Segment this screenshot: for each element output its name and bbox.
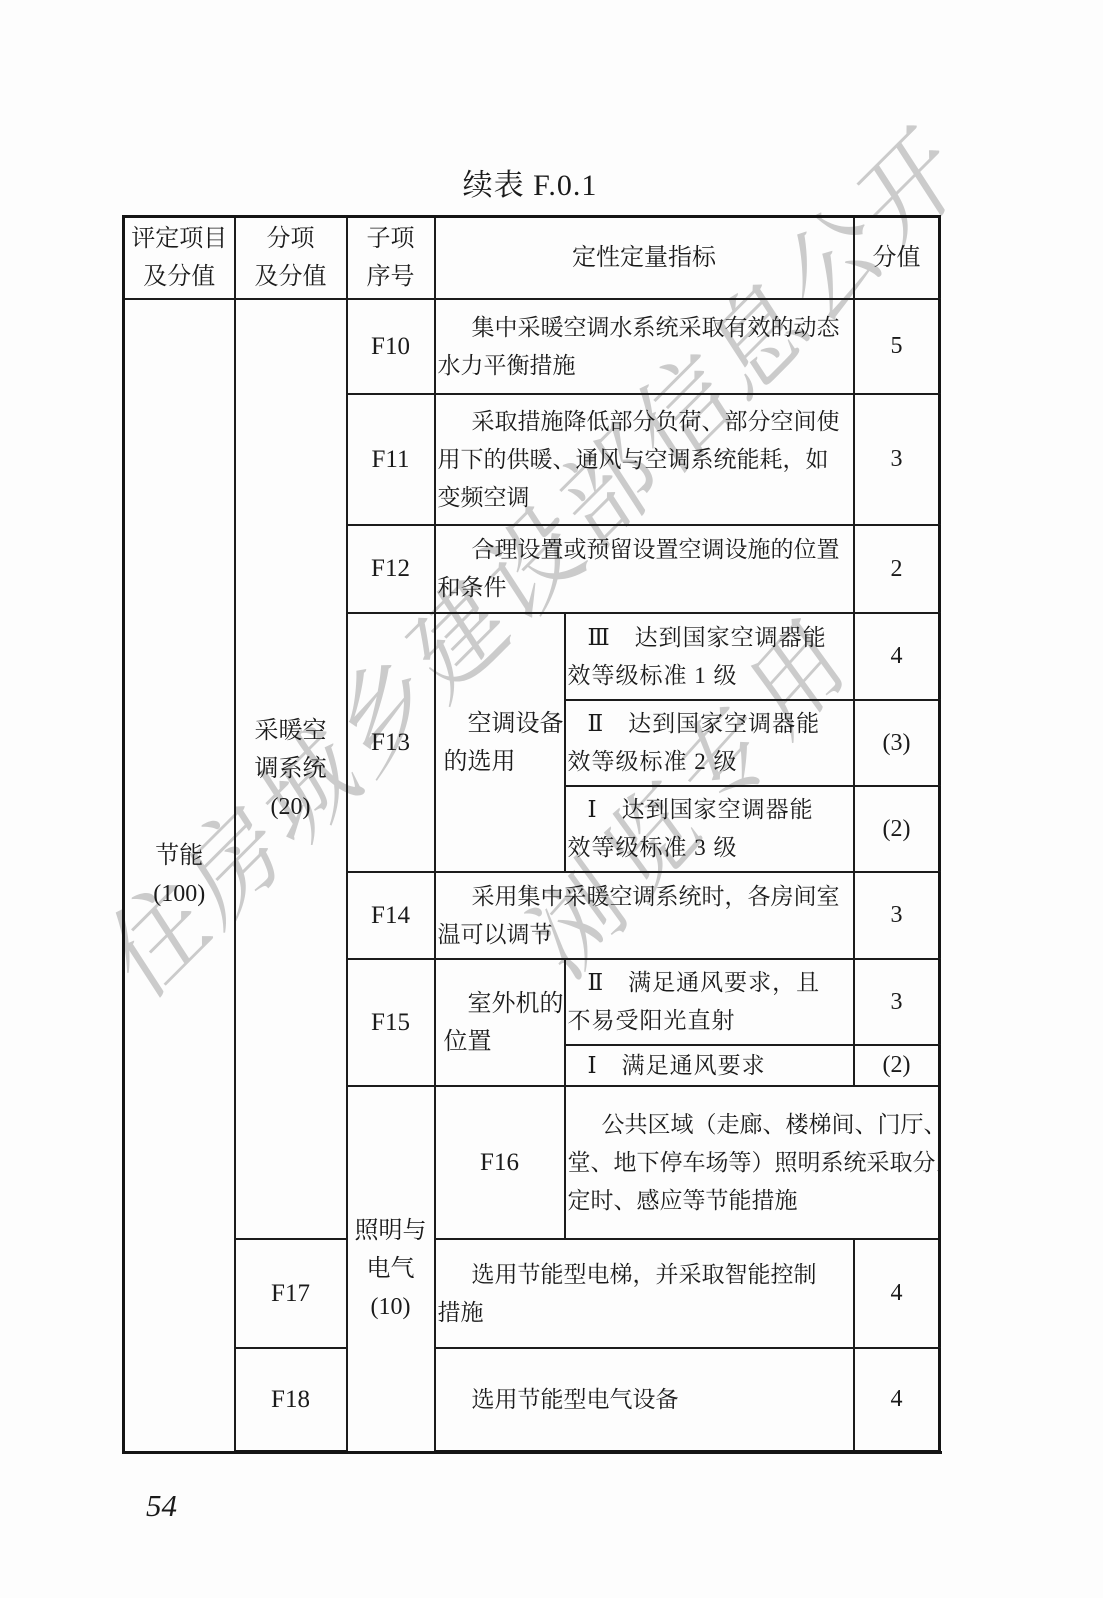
cell-indicator-f17: 选用节能型电梯，并采取智能控制 措施	[435, 1239, 854, 1348]
cell-indicator-f15-grade1: Ⅰ 满足通风要求	[565, 1045, 854, 1086]
table-row-f17: F17 选用节能型电梯，并采取智能控制 措施 4	[124, 1239, 940, 1348]
cell-subcategory-lighting: 照明与 电气 (10)	[347, 1086, 435, 1452]
cell-item-id-f18: F18	[235, 1348, 347, 1452]
cell-item-id-f16: F16	[435, 1086, 565, 1239]
cell-score-f12: 2	[854, 525, 940, 613]
cell-indicator-f13-grade1: Ⅲ 达到国家空调器能 效等级标准 1 级	[565, 613, 854, 700]
cell-item-id-f17: F17	[235, 1239, 347, 1348]
cell-score-f13-grade1: 4	[854, 613, 940, 700]
cell-item-id-f13: F13	[347, 613, 435, 872]
cell-item-id-f12: F12	[347, 525, 435, 613]
col-header-item-score: 评定项目 及分值	[124, 217, 235, 300]
cell-score-f18: 4	[854, 1348, 940, 1452]
cell-item-id-f10: F10	[347, 299, 435, 394]
cell-score-f17: 4	[854, 1239, 940, 1348]
cell-indicator-f14: 采用集中采暖空调系统时，各房间室 温可以调节	[435, 872, 854, 959]
table-header-row: 评定项目 及分值 分项 及分值 子项 序号 定性定量指标 分值	[124, 217, 940, 300]
cell-item-id-f14: F14	[347, 872, 435, 959]
cell-score-f15-grade1: (2)	[854, 1045, 940, 1086]
cell-score-f14: 3	[854, 872, 940, 959]
cell-indicator-f12: 合理设置或预留设置空调设施的位置 和条件	[435, 525, 854, 613]
cell-score-f13-grade2: (3)	[854, 700, 940, 786]
col-header-score: 分值	[854, 217, 940, 300]
document-page: 续表 F.0.1 住房城乡建设部信息公开 浏览专用 评定项目 及分值 分项 及分…	[0, 0, 1103, 1598]
cell-indicator-f16: 公共区域（走廊、楼梯间、门厅、大 堂、地下停车场等）照明系统采取分区、 定时、感…	[565, 1086, 940, 1239]
cell-score-f11: 3	[854, 394, 940, 525]
cell-indicator-f15-grade2: Ⅱ 满足通风要求，且 不易受阳光直射	[565, 959, 854, 1045]
page-number: 54	[146, 1488, 177, 1524]
cell-indicator-f13-grade2: Ⅱ 达到国家空调器能 效等级标准 2 级	[565, 700, 854, 786]
cell-indicator-f10: 集中采暖空调水系统采取有效的动态 水力平衡措施	[435, 299, 854, 394]
cell-subcategory-hvac: 采暖空 调系统 (20)	[235, 299, 347, 1239]
cell-item-id-f11: F11	[347, 394, 435, 525]
cell-label-f15: 室外机的 位置	[435, 959, 565, 1086]
cell-item-id-f15: F15	[347, 959, 435, 1086]
cell-score-f13-grade3: (2)	[854, 786, 940, 872]
page-title: 续表 F.0.1	[122, 160, 938, 204]
col-header-indicator: 定性定量指标	[435, 217, 854, 300]
cell-label-f13: 空调设备 的选用	[435, 613, 565, 872]
cell-score-f10: 5	[854, 299, 940, 394]
cell-indicator-f11: 采取措施降低部分负荷、部分空间使 用下的供暖、通风与空调系统能耗，如 变频空调	[435, 394, 854, 525]
cell-score-f15-grade2: 3	[854, 959, 940, 1045]
cell-indicator-f18: 选用节能型电气设备	[435, 1348, 854, 1452]
table-row-f10: 节能 (100) 采暖空 调系统 (20) F10 集中采暖空调水系统采取有效的…	[124, 299, 940, 394]
cell-indicator-f13-grade3: Ⅰ 达到国家空调器能 效等级标准 3 级	[565, 786, 854, 872]
table-row-f18: F18 选用节能型电气设备 4	[124, 1348, 940, 1452]
col-header-subitem-number: 子项 序号	[347, 217, 435, 300]
cell-category-energy: 节能 (100)	[124, 299, 235, 1452]
rating-table: 评定项目 及分值 分项 及分值 子项 序号 定性定量指标 分值 节能 (100)…	[122, 215, 941, 1454]
col-header-subitem-score: 分项 及分值	[235, 217, 347, 300]
